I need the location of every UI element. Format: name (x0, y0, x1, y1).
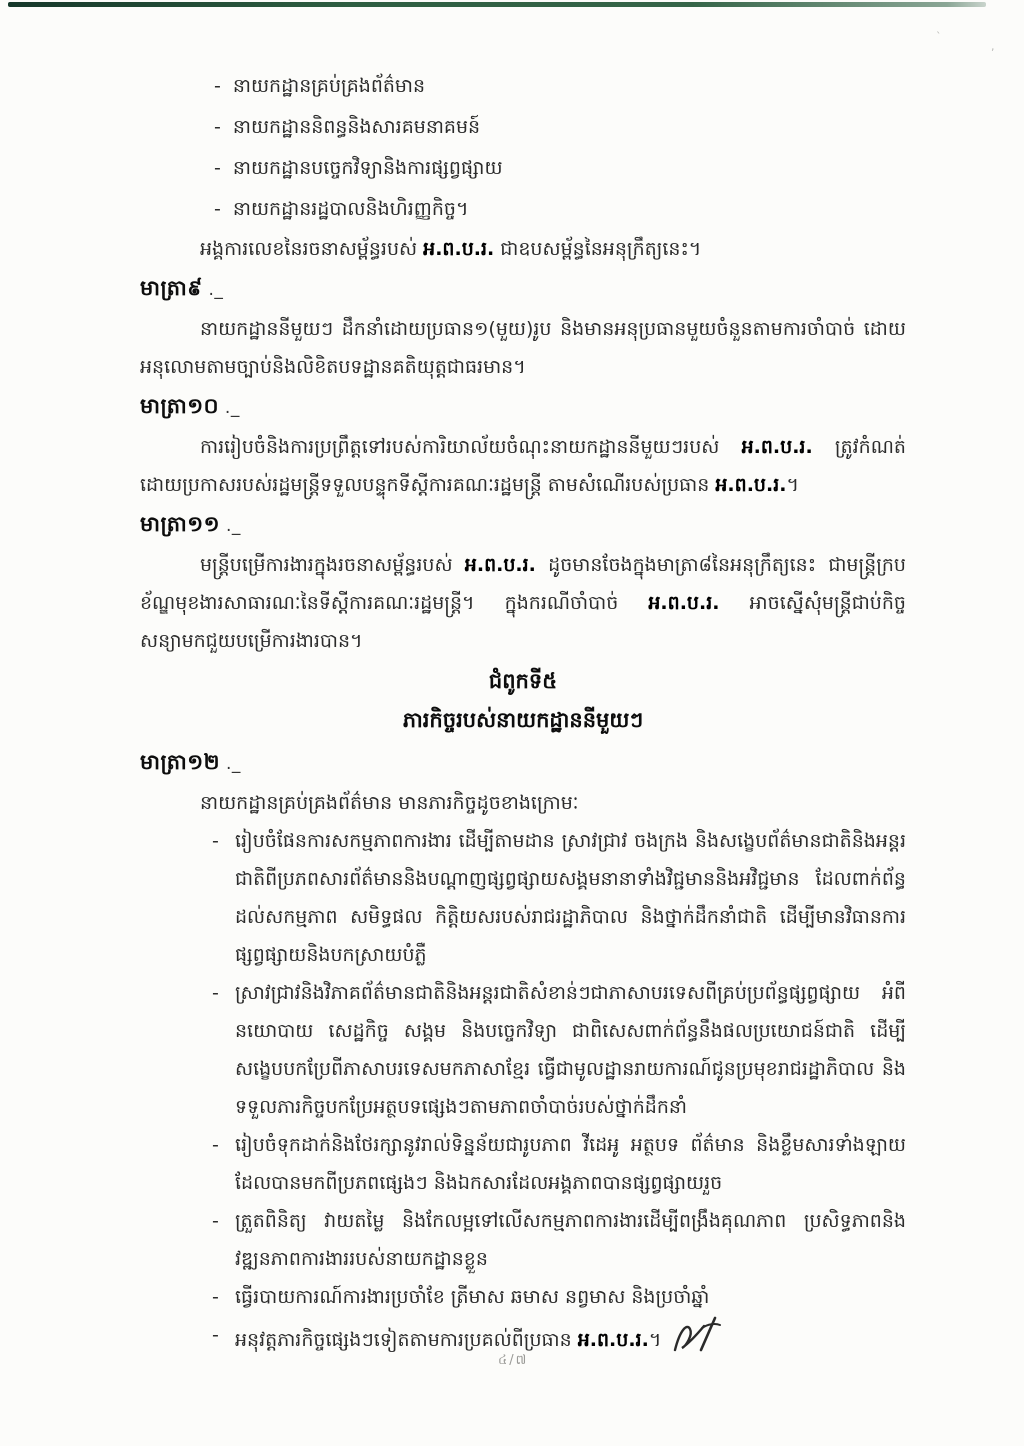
scanned-document-page: ` , -នាយកដ្ឋានគ្រប់គ្រងព័ត៌មាន -នាយកដ្ឋា… (0, 0, 1024, 1446)
duty-text: ស្រាវជ្រាវនិងវិភាគព័ត៌មានជាតិនិងអន្តរជាត… (235, 982, 906, 1118)
heading-suffix: ._ (203, 280, 224, 300)
chapter-5-heading: ជំពូកទី៥ ភារកិច្ចរបស់នាយកដ្ឋាននីមួយៗ (140, 662, 906, 740)
duty-item: -ស្រាវជ្រាវនិងវិភាគព័ត៌មានជាតិនិងអន្តរជា… (140, 974, 906, 1126)
scan-speck: , (991, 40, 995, 53)
dash-bullet: - (212, 1126, 219, 1164)
duty-text: ធ្វើរបាយការណ៍ការងារប្រចាំខែ ត្រីមាស ឆមាស… (235, 1286, 709, 1308)
unit-acronym: អ.ព.ប.រ. (578, 1329, 649, 1351)
organigram-paragraph: អង្គការលេខនៃរចនាសម្ព័ន្ធរបស់ អ.ព.ប.រ. ជា… (140, 230, 906, 268)
dash-bullet: - (214, 107, 221, 148)
heading-suffix: ._ (219, 398, 240, 418)
dash-bullet: - (212, 1316, 219, 1354)
duty-text: រៀបចំផែនការសកម្មភាពការងារ ដើម្បីតាមដាន ស… (235, 830, 906, 966)
paragraph-text: ការរៀបចំនិងការប្រព្រឹត្តទៅរបស់ការិយាល័យច… (200, 436, 742, 458)
duty-item: -ធ្វើរបាយការណ៍ការងារប្រចាំខែ ត្រីមាស ឆមា… (140, 1278, 906, 1316)
heading-suffix: ._ (220, 754, 241, 774)
scan-edge-line (8, 2, 986, 7)
dash-bullet: - (214, 66, 221, 107)
paragraph-text: មន្ត្រីបម្រើការងារក្នុងរចនាសម្ព័ន្ធរបស់ (200, 554, 465, 576)
scan-speck: ` (936, 30, 942, 43)
department-item: -នាយកដ្ឋាននិពន្ធនិងសារគមនាគមន៍ (214, 107, 906, 148)
handwritten-initial (671, 1316, 723, 1369)
article-number: មាត្រា១១ (140, 512, 220, 536)
article-number: មាត្រា៩ (140, 276, 203, 300)
paragraph-text: នាយកដ្ឋានគ្រប់គ្រងព័ត៌មាន មានភារកិច្ចដូច… (200, 792, 579, 814)
unit-acronym: អ.ព.ប.រ. (423, 238, 494, 260)
article-12-lead: នាយកដ្ឋានគ្រប់គ្រងព័ត៌មាន មានភារកិច្ចដូច… (140, 784, 906, 822)
article-11-heading: មាត្រា១១ ._ (140, 504, 906, 546)
unit-acronym: អ.ព.ប.រ. (465, 554, 536, 576)
article-number: មាត្រា១២ (140, 750, 220, 774)
dash-bullet: - (212, 1202, 219, 1240)
paragraph-text: នាយកដ្ឋាននីមួយៗ ដឹកនាំដោយប្រធាន១(មួយ)រូប… (140, 318, 906, 378)
article-9-paragraph: នាយកដ្ឋាននីមួយៗ ដឹកនាំដោយប្រធាន១(មួយ)រូប… (140, 310, 906, 386)
heading-suffix: ._ (220, 516, 241, 536)
article-10-heading: មាត្រា១០ ._ (140, 386, 906, 428)
duty-text: អនុវត្តភារកិច្ចផ្សេងៗទៀតតាមការប្រគល់ពីប្… (235, 1329, 578, 1351)
dash-bullet: - (212, 1278, 219, 1316)
dash-bullet: - (214, 148, 221, 189)
chapter-title: ភារកិច្ចរបស់នាយកដ្ឋាននីមួយៗ (140, 701, 906, 740)
article-11-paragraph: មន្ត្រីបម្រើការងារក្នុងរចនាសម្ព័ន្ធរបស់ … (140, 546, 906, 660)
department-item: -នាយកដ្ឋានគ្រប់គ្រងព័ត៌មាន (214, 66, 906, 107)
unit-acronym: អ.ព.ប.រ. (648, 592, 719, 614)
dash-bullet: - (212, 974, 219, 1012)
duty-text: ត្រួតពិនិត្យ វាយតម្លៃ និងកែលម្អទៅលើសកម្ម… (235, 1210, 906, 1270)
article-10-paragraph: ការរៀបចំនិងការប្រព្រឹត្តទៅរបស់ការិយាល័យច… (140, 428, 906, 504)
duty-item: -រៀបចំផែនការសកម្មភាពការងារ ដើម្បីតាមដាន … (140, 822, 906, 974)
department-name: នាយកដ្ឋានគ្រប់គ្រងព័ត៌មាន (233, 75, 425, 97)
duty-item: -រៀបចំទុកដាក់និងថែរក្សានូវរាល់ទិន្នន័យជា… (140, 1126, 906, 1202)
department-item: -នាយកដ្ឋានបច្ចេកវិទ្យានិងការផ្សព្វផ្សាយ (214, 148, 906, 189)
paragraph-text: អង្គការលេខនៃរចនាសម្ព័ន្ធរបស់ (200, 238, 423, 260)
duty-item: -ត្រួតពិនិត្យ វាយតម្លៃ និងកែលម្អទៅលើសកម្… (140, 1202, 906, 1278)
department-name: នាយកដ្ឋានរដ្ឋបាលនិងហិរញ្ញកិច្ច។ (233, 198, 469, 220)
document-body: -នាយកដ្ឋានគ្រប់គ្រងព័ត៌មាន -នាយកដ្ឋាននិព… (140, 66, 906, 1369)
paragraph-text: ជាឧបសម្ព័ន្ធនៃអនុក្រឹត្យនេះ។ (494, 238, 701, 260)
duty-text: រៀបចំទុកដាក់និងថែរក្សានូវរាល់ទិន្នន័យជារ… (235, 1134, 906, 1194)
paragraph-text: ។ (786, 474, 799, 496)
dash-bullet: - (212, 822, 219, 860)
article-9-heading: មាត្រា៩ ._ (140, 268, 906, 310)
department-name: នាយកដ្ឋាននិពន្ធនិងសារគមនាគមន៍ (233, 116, 480, 138)
department-list: -នាយកដ្ឋានគ្រប់គ្រងព័ត៌មាន -នាយកដ្ឋាននិព… (214, 66, 906, 230)
unit-acronym: អ.ព.ប.រ. (742, 436, 813, 458)
article-12-heading: មាត្រា១២ ._ (140, 742, 906, 784)
unit-acronym: អ.ព.ប.រ. (715, 474, 786, 496)
dash-bullet: - (214, 189, 221, 230)
article-number: មាត្រា១០ (140, 394, 219, 418)
chapter-number: ជំពូកទី៥ (140, 662, 906, 701)
department-name: នាយកដ្ឋានបច្ចេកវិទ្យានិងការផ្សព្វផ្សាយ (233, 157, 503, 179)
duties-list: -រៀបចំផែនការសកម្មភាពការងារ ដើម្បីតាមដាន … (140, 822, 906, 1369)
page-number: ៤/៧ (498, 1352, 528, 1371)
duty-text: ។ (649, 1329, 662, 1351)
department-item: -នាយកដ្ឋានរដ្ឋបាលនិងហិរញ្ញកិច្ច។ (214, 189, 906, 230)
